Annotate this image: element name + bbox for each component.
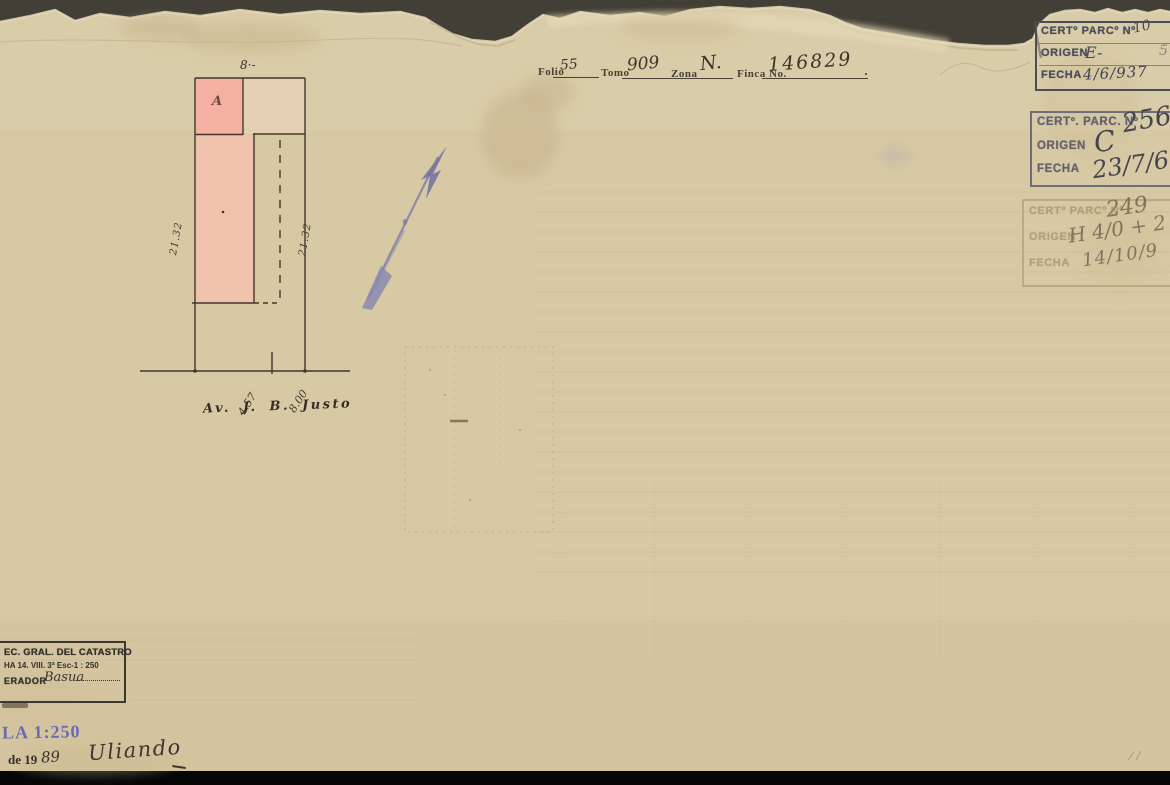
catastro-line2: HA 14. VIII. 3ª Esc-1 : 250	[4, 661, 99, 670]
plan-pink-column	[195, 135, 254, 303]
catastro-dotted-line	[76, 680, 120, 681]
cert1-origen-label: ORIGEN	[1041, 47, 1088, 59]
cert1-origen-extra: 5	[1159, 43, 1168, 59]
zona-value: N.	[699, 51, 723, 75]
cert2-fecha-label: FECHA	[1037, 163, 1080, 175]
cert2-origen-label: ORIGEN	[1037, 140, 1086, 152]
paper-sheet	[0, 0, 1170, 785]
folio-value: 55	[559, 56, 578, 73]
escala-stamp: LA 1:250	[2, 721, 81, 743]
folio-underline	[553, 77, 599, 78]
zona-underline	[668, 78, 733, 79]
cert1-fecha-value: 4/6/937	[1083, 62, 1149, 83]
catastro-line1: EC. GRAL. DEL CATASTRO	[4, 647, 132, 658]
cert1-fecha-label: FECHA	[1041, 69, 1082, 81]
catastro-operator-value: Basua	[44, 670, 84, 685]
plan-width-label: 8·-	[240, 58, 256, 72]
date-prefix: de 19	[8, 752, 37, 768]
cert3-fecha-label: FECHA	[1029, 257, 1070, 269]
cert-stamp-3: CERTº PARCº Nº 249 ORIGEN H 4/0 + 2 FECH…	[1022, 199, 1170, 287]
plan-unit-a-label: A	[212, 94, 222, 109]
cert-stamp-2: CERTº. PARC. Nº 256 ORIGEN C FECHA 23/7/…	[1030, 111, 1170, 187]
cert1-origen-value: E-	[1085, 43, 1102, 62]
catastro-operator-label: ERADOR	[4, 676, 47, 686]
cert1-title: CERTº PARCº Nº	[1041, 25, 1136, 37]
cert1-number: 10	[1132, 17, 1153, 36]
plan-wash-area	[243, 78, 305, 134]
tomo-underline	[622, 78, 670, 79]
finca-underline	[762, 78, 868, 79]
cert-stamp-1: CERTº PARCº Nº 10 ORIGEN E- 5 FECHA 4/6/…	[1035, 21, 1170, 91]
ink-smudge	[2, 703, 28, 708]
date-year: 89	[40, 747, 60, 766]
cert1-rule-1	[1039, 43, 1170, 44]
catastro-stamp: EC. GRAL. DEL CATASTRO HA 14. VIII. 3ª E…	[0, 641, 126, 703]
tomo-value: 909	[626, 53, 660, 76]
scanned-document: Folio 55 Tomo 909 Zona N. Finca No. 1468…	[0, 0, 1170, 785]
